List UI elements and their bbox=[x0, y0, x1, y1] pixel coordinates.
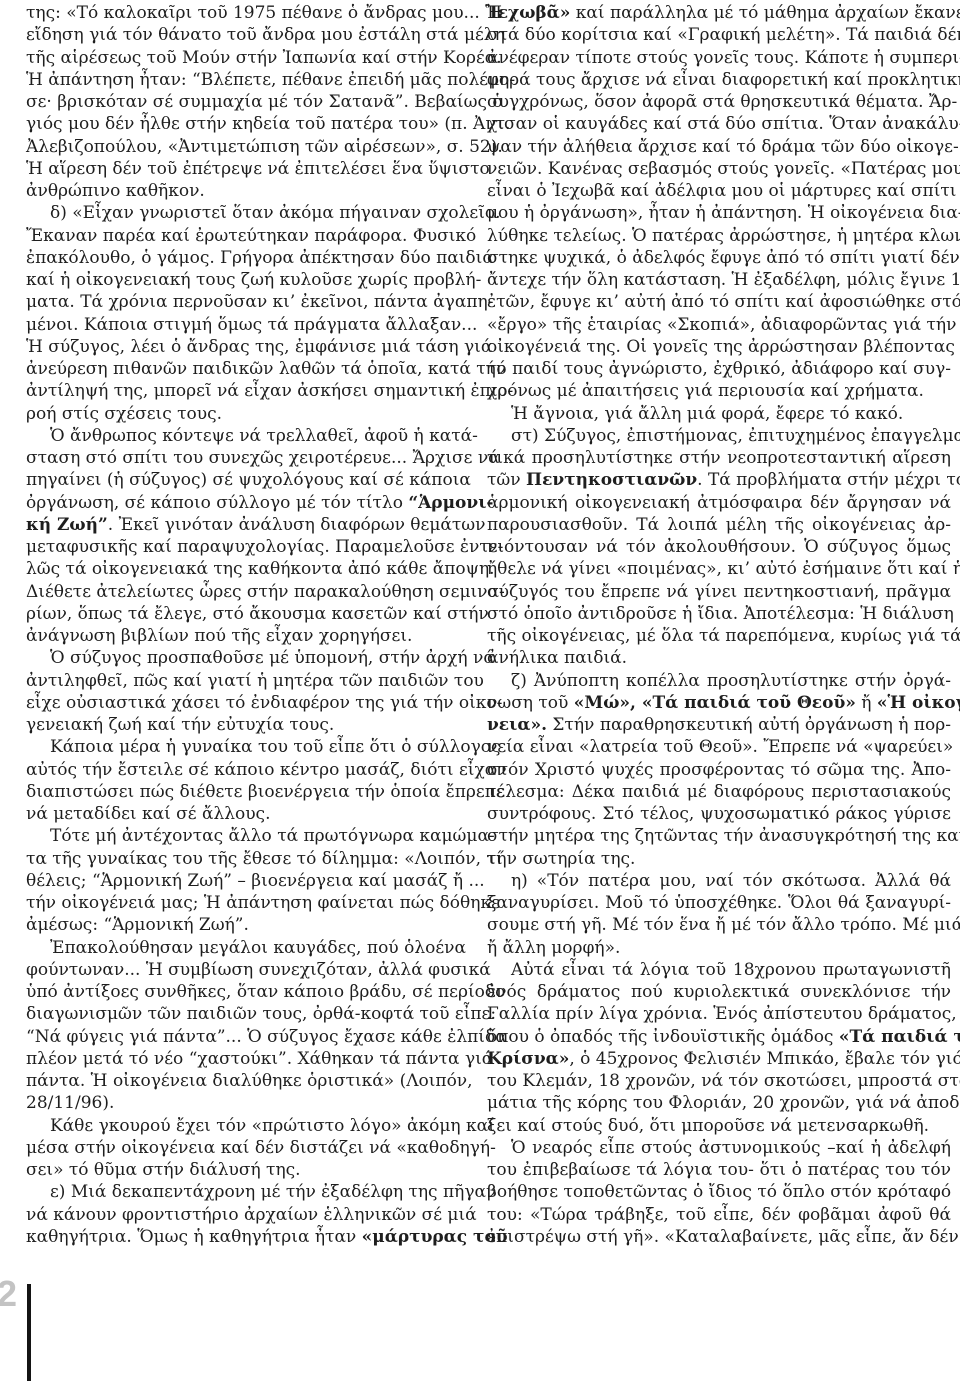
text-segment: ἐπιστρέψω στή γῆ». «Καταλαβαίνετε, μᾶς ε… bbox=[487, 1227, 959, 1247]
text-line: της: «Τό καλοκαῖρι τοῦ 1975 πέθανε ὁ ἄνδ… bbox=[26, 2, 466, 24]
text-line: του Κλεμάν, 18 χρονῶν, νά τόν σκοτώσει, … bbox=[487, 1070, 951, 1092]
text-line: Κάθε γκουρού ἔχει τόν «πρώτιστο λόγο» ἀκ… bbox=[26, 1115, 466, 1137]
text-line: ἄντεχε τήν ὅλη κατάσταση. Ἡ ἐξαδέλφη, μό… bbox=[487, 269, 951, 291]
text-line: Ἡ αἵρεση δέν τοῦ ἐπέτρεψε νά ἐπιτελέσει … bbox=[26, 158, 466, 180]
text-segment: η) «Τόν πατέρα μου, ναί τόν σκότωσα. Ἀλλ… bbox=[511, 871, 951, 891]
text-segment: αὐτός τήν ἔστειλε σέ κάποιο κέντρο μασάζ… bbox=[26, 760, 507, 780]
text-segment: πηγαίνει (ἡ σύζυγος) σέ ψυχολόγους καί σ… bbox=[26, 470, 471, 490]
text-segment: ἀνθρώπινο καθῆκον. bbox=[26, 181, 205, 201]
text-segment: μου ἡ ὀργάνωση», ἦταν ἡ ἀπάντηση. Ἡ οἰκο… bbox=[487, 203, 960, 223]
text-segment: ἤ ἄλλη μορφή». bbox=[487, 938, 620, 958]
text-line: ρίων, ὅπως τά ἔλεγε, στό ἄκουσμα κασετῶν… bbox=[26, 603, 466, 625]
text-line: ὀργάνωση, σέ κάποιο σύλλογο μέ τόν τίτλο… bbox=[26, 492, 466, 514]
text-segment: τήν οἰκογένειά μας; Ἡ ἀπάντηση φαίνεται … bbox=[26, 893, 500, 913]
text-segment: της: «Τό καλοκαῖρι τοῦ 1975 πέθανε ὁ ἄνδ… bbox=[26, 3, 502, 23]
text-segment: νά μεταδίδει καί σέ ἄλλους. bbox=[26, 804, 270, 824]
page-number-rule bbox=[27, 1284, 31, 1381]
text-segment: ψαν τήν ἀλήθεια ἄρχισε καί τό δράμα τῶν … bbox=[487, 137, 959, 157]
text-segment: δ) «Εἶχαν γνωριστεῖ ὅταν ἀκόμα πήγαιναν … bbox=[50, 203, 501, 223]
text-line: “Νά φύγεις γιά πάντα”... Ὁ σύζυγος ἔχασε… bbox=[26, 1026, 466, 1048]
bold-text-segment: «μάρτυρας τοῦ bbox=[362, 1227, 508, 1247]
bold-text-segment: «Μώ», «Τά παιδιά τοῦ Θεοῦ» bbox=[574, 693, 856, 713]
left-column: της: «Τό καλοκαῖρι τοῦ 1975 πέθανε ὁ ἄνδ… bbox=[26, 2, 466, 1248]
text-line: Αὐτά εἶναι τά λόγια τοῦ 18χρονου πρωταγω… bbox=[487, 959, 951, 981]
text-segment: τικά προσηλυτίστηκε στήν νεοπροτεσταντικ… bbox=[487, 448, 951, 468]
text-line: Ἡ ἄγνοια, γιά ἄλλη μιά φορά, ἔφερε τό κα… bbox=[487, 403, 951, 425]
text-line: πλέον μετά τό νέο “χαστούκι”. Χάθηκαν τά… bbox=[26, 1048, 466, 1070]
text-line: δ) «Εἶχαν γνωριστεῖ ὅταν ἀκόμα πήγαιναν … bbox=[26, 202, 466, 224]
text-line: καθηγήτρια. Ὅμως ἡ καθηγήτρια ἦταν «μάρτ… bbox=[26, 1226, 466, 1248]
text-segment: ἑνός δράματος πού κυριολεκτικά συνεκλόνι… bbox=[487, 982, 951, 1002]
text-line: ἐπιστρέψω στή γῆ». «Καταλαβαίνετε, μᾶς ε… bbox=[487, 1226, 951, 1248]
text-line: Κρίσνα», ὁ 45χρονος Φελισιέν Μπικάο, ἔβα… bbox=[487, 1048, 951, 1070]
text-segment: μέσα στήν οἰκογένεια καί δέν διστάζει νά… bbox=[26, 1138, 496, 1158]
text-line: Γαλλία πρίν λίγα χρόνια. Ἑνός ἀπίστευτου… bbox=[487, 1003, 951, 1025]
text-segment: Ἡ ἀπάντηση ἦταν: “Βλέπετε, πέθανε ἐπειδή… bbox=[26, 70, 515, 90]
text-line: ροή στίς σχέσεις τους. bbox=[26, 403, 466, 425]
text-segment: Ἡ αἵρεση δέν τοῦ ἐπέτρεψε νά ἐπιτελέσει … bbox=[26, 159, 490, 179]
text-line: Διέθετε ἀτελείωτες ὧρες στήν παρακαλούθη… bbox=[26, 581, 466, 603]
text-line: του: «Τώρα τράβηξε, τοῦ εἶπε, δέν φοβᾶμα… bbox=[487, 1204, 951, 1226]
text-line: πάντα. Ἡ οἰκογένεια διαλύθηκε ὁριστικά» … bbox=[26, 1070, 466, 1092]
text-line: ἀντιληφθεῖ, πῶς καί γιατί ἡ μητέρα τῶν π… bbox=[26, 670, 466, 692]
text-segment: νωση τοῦ bbox=[487, 693, 574, 713]
text-segment: Κάποια μέρα ἡ γυναίκα του τοῦ εἶπε ὅτι ὁ… bbox=[50, 737, 501, 757]
text-segment: «ἔργο» τῆς ἑταιρίας «Σκοπιά», ἀδιαφορῶντ… bbox=[487, 315, 956, 335]
text-segment: ἀνέφεραν τίποτε στούς γονεῖς τους. Κάποτ… bbox=[487, 48, 960, 68]
text-line: στ) Σύζυγος, ἐπιστήμονας, ἐπιτυχημένος ἐ… bbox=[487, 425, 951, 447]
text-line: του ἐπιβεβαίωσε τά λόγια του- ὅτι ὁ πατέ… bbox=[487, 1159, 951, 1181]
text-line: στόν Χριστό ψυχές προσφέροντας τό σῶμα τ… bbox=[487, 759, 951, 781]
text-line: τα τῆς γυναίκας του τῆς ἔθεσε τό δίλημμα… bbox=[26, 848, 466, 870]
text-line: φορά τους ἄρχισε νά εἶναι διαφορετική κα… bbox=[487, 69, 951, 91]
text-segment: στό ὁποῖο ἀντιδροῦσε ἡ ἴδια. Ἀποτέλεσμα:… bbox=[487, 604, 954, 624]
text-line: Ἡ σύζυγος, λέει ὁ ἄνδρας της, ἐμφάνισε μ… bbox=[26, 336, 466, 358]
text-line: ἀνάγνωση βιβλίων πού τῆς εἶχαν χορηγήσει… bbox=[26, 625, 466, 647]
text-segment: νά κάνουν φροντιστήριο ἀρχαίων ἑλληνικῶν… bbox=[26, 1205, 477, 1225]
text-segment: τήν σωτηρία της. bbox=[487, 849, 635, 869]
text-segment: τῆς οἰκογένειας, μέ ὅλα τά παρεπόμενα, κ… bbox=[487, 626, 960, 646]
text-segment: τῆς αἱρέσεως τοῦ Μούν στήν Ἰαπωνία καί σ… bbox=[26, 48, 502, 68]
bold-text-segment: «Τά παιδιά τοῦ bbox=[839, 1027, 960, 1047]
text-segment: , ὁ 45χρονος Φελισιέν Μπικάο, ἔβαλε τόν … bbox=[569, 1049, 960, 1069]
text-segment: Ἔκαναν παρέα καί ἐρωτεύτηκαν παράφορα. Φ… bbox=[26, 226, 476, 246]
bold-text-segment: “Ἁρμονι- bbox=[408, 493, 493, 513]
text-segment: ἀνήλικα παιδιά. bbox=[487, 648, 627, 668]
text-line: ἤθελε νά γίνει «ποιμένας», κι’ αὐτό ἐσήμ… bbox=[487, 558, 951, 580]
text-line: η) «Τόν πατέρα μου, ναί τόν σκότωσα. Ἀλλ… bbox=[487, 870, 951, 892]
text-line: Ὁ ἄνθρωπος κόντεψε νά τρελλαθεῖ, ἀφοῦ ἡ … bbox=[26, 425, 466, 447]
text-line: νωση τοῦ «Μώ», «Τά παιδιά τοῦ Θεοῦ» ἤ «Ἡ… bbox=[487, 692, 951, 714]
text-segment: στήν μητέρα της ζητῶντας τήν ἀνασυγκρότη… bbox=[487, 826, 960, 846]
text-line: στά δύο κορίτσια καί «Γραφική μελέτη». Τ… bbox=[487, 24, 951, 46]
text-segment: Ἀλεβιζοπούλου, «Ἀντιμετώπιση τῶν αἱρέσεω… bbox=[26, 137, 503, 157]
text-line: Τότε μή ἀντέχοντας ἄλλο τά πρωτόγνωρα κα… bbox=[26, 825, 466, 847]
text-segment: Κάθε γκουρού ἔχει τόν «πρώτιστο λόγο» ἀκ… bbox=[50, 1116, 495, 1136]
text-segment: Ὁ σύζυγος προσπαθοῦσε μέ ὑπομονή, στήν ἀ… bbox=[50, 648, 495, 668]
text-line: σουμε στή γῆ. Μέ τόν ἕνα ἤ μέ τόν ἄλλο τ… bbox=[487, 914, 951, 936]
text-line: αὐτός τήν ἔστειλε σέ κάποιο κέντρο μασάζ… bbox=[26, 759, 466, 781]
text-line: οἰκογένειά της. Οἱ γονεῖς της ἀρρώστησαν… bbox=[487, 336, 951, 358]
text-line: νά μεταδίδει καί σέ ἄλλους. bbox=[26, 803, 466, 825]
text-segment: τέλεσμα: Δέκα παιδιά μέ διαφόρους περιστ… bbox=[487, 782, 951, 802]
text-line: τό παιδί τους ἀγνώριστο, ἐχθρικό, ἀδιάφο… bbox=[487, 358, 951, 380]
text-line: ἀνθρώπινο καθῆκον. bbox=[26, 180, 466, 202]
text-segment: ἀντίληψή της, μπορεῖ νά εἶχαν ἀσκήσει ση… bbox=[26, 381, 513, 401]
text-segment: συγχρόνως, ὅσον ἀφορᾶ στά θρησκευτικά θέ… bbox=[487, 92, 957, 112]
text-segment: τό παιδί τους ἀγνώριστο, ἐχθρικό, ἀδιάφο… bbox=[487, 359, 951, 379]
text-line: σταση στό σπίτι του συνεχῶς χειροτέρευε.… bbox=[26, 447, 466, 469]
text-line: μάτια τῆς κόρης του Φλοριάν, 20 χρονῶν, … bbox=[487, 1092, 951, 1114]
text-line: ξει καί στούς δυό, ὅτι μποροῦσε νά μετεν… bbox=[487, 1115, 951, 1137]
text-line: ἐπακόλουθο, ὁ γάμος. Γρήγορα ἀπέκτησαν δ… bbox=[26, 247, 466, 269]
text-segment: τῶν bbox=[487, 470, 526, 490]
text-segment: σε· βρισκόταν σέ συμμαχία μέ τόν Σατανᾶ”… bbox=[26, 92, 503, 112]
text-line: χρόνως μέ ἀπαιτήσεις γιά περιουσία καί χ… bbox=[487, 380, 951, 402]
text-segment: χρόνως μέ ἀπαιτήσεις γιά περιουσία καί χ… bbox=[487, 381, 924, 401]
text-segment: μένοι. Κάποια στιγμή ὅμως τά πράγματα ἄλ… bbox=[26, 315, 477, 335]
text-segment: στ) Σύζυγος, ἐπιστήμονας, ἐπιτυχημένος ἐ… bbox=[511, 426, 960, 446]
text-line: συγχρόνως, ὅσον ἀφορᾶ στά θρησκευτικά θέ… bbox=[487, 91, 951, 113]
text-segment: “Νά φύγεις γιά πάντα”... Ὁ σύζυγος ἔχασε… bbox=[26, 1027, 507, 1047]
bold-text-segment: νεια». bbox=[487, 715, 547, 735]
text-segment: νειῶν. Κανένας σεβασμός στούς γονεῖς. «Π… bbox=[487, 159, 960, 179]
text-line: μένοι. Κάποια στιγμή ὅμως τά πράγματα ἄλ… bbox=[26, 314, 466, 336]
text-segment: στά δύο κορίτσια καί «Γραφική μελέτη». Τ… bbox=[487, 25, 960, 45]
text-segment: λῶς τά οἰκογενειακά της καθήκοντα ἀπό κά… bbox=[26, 559, 495, 579]
text-line: Ὁ σύζυγος προσπαθοῦσε μέ ὑπομονή, στήν ἀ… bbox=[26, 647, 466, 669]
text-segment: του: «Τώρα τράβηξε, τοῦ εἶπε, δέν φοβᾶμα… bbox=[487, 1205, 951, 1225]
text-line: τήν οἰκογένειά μας; Ἡ ἀπάντηση φαίνεται … bbox=[26, 892, 466, 914]
text-segment: ροή στίς σχέσεις τους. bbox=[26, 404, 222, 424]
text-segment: . Τά προβλήματα στήν μέχρι τότε bbox=[697, 470, 960, 490]
text-line: Ἐπακολούθησαν μεγάλοι καυγάδες, πού ὁλοέ… bbox=[26, 937, 466, 959]
text-line: εἶχε οὐσιαστικά χάσει τό ἐνδιαφέρον της … bbox=[26, 692, 466, 714]
text-segment: παρουσιασθοῦν. Τά λοιπά μέλη τῆς οἰκογέν… bbox=[487, 515, 951, 535]
text-segment: γενειακή ζωή καί τήν εὐτυχία τους. bbox=[26, 715, 334, 735]
text-segment: ἐτῶν, ἔφυγε κι’ αὐτή ἀπό τό σπίτι καί ἀφ… bbox=[487, 292, 960, 312]
text-line: θέλεις; “Ἁρμονική Ζωή” – βιοενέργεια καί… bbox=[26, 870, 466, 892]
text-segment: ἀντιληφθεῖ, πῶς καί γιατί ἡ μητέρα τῶν π… bbox=[26, 671, 484, 691]
text-line: διαπιστώσει πώς διέθετε βιοενέργεια τήν … bbox=[26, 781, 466, 803]
text-segment: καί ἡ οἰκογενειακή τους ζωή κυλοῦσε χωρί… bbox=[26, 270, 481, 290]
text-line: χισαν οἱ καυγάδες καί στά δύο σπίτια. Ὅτ… bbox=[487, 113, 951, 135]
text-line: μου ἡ ὀργάνωση», ἦταν ἡ ἀπάντηση. Ἡ οἰκο… bbox=[487, 202, 951, 224]
bold-text-segment: «Ἡ οἰκογέ- bbox=[877, 693, 960, 713]
text-segment: του Κλεμάν, 18 χρονῶν, νά τόν σκοτώσει, … bbox=[487, 1071, 960, 1091]
text-segment: Ὁ ἄνθρωπος κόντεψε νά τρελλαθεῖ, ἀφοῦ ἡ … bbox=[50, 426, 478, 446]
text-segment: 28/11/96). bbox=[26, 1093, 114, 1113]
text-line: ζ) Ἀνύποπτη κοπέλλα προσηλυτίστηκε στήν … bbox=[487, 670, 951, 692]
text-line: μέσα στήν οἰκογένεια καί δέν διστάζει νά… bbox=[26, 1137, 466, 1159]
text-segment: ἤθελε νά γίνει «ποιμένας», κι’ αὐτό ἐσήμ… bbox=[487, 559, 960, 579]
text-segment: ξαναγυρίσει. Μοῦ τό ὑποσχέθηκε. Ὅλοι θά … bbox=[487, 893, 951, 913]
text-segment: του ἐπιβεβαίωσε τά λόγια του- ὅτι ὁ πατέ… bbox=[487, 1160, 951, 1180]
text-segment: πάντα. Ἡ οἰκογένεια διαλύθηκε ὁριστικά» … bbox=[26, 1071, 473, 1091]
text-line: σει» τό θῦμα στήν διάλυσή της. bbox=[26, 1159, 466, 1181]
text-segment: Τότε μή ἀντέχοντας ἄλλο τά πρωτόγνωρα κα… bbox=[50, 826, 495, 846]
text-line: παρουσιασθοῦν. Τά λοιπά μέλη τῆς οἰκογέν… bbox=[487, 514, 951, 536]
text-line: ἀνήλικα παιδιά. bbox=[487, 647, 951, 669]
text-line: τήν σωτηρία της. bbox=[487, 848, 951, 870]
text-line: τῆς οἰκογένειας, μέ ὅλα τά παρεπόμενα, κ… bbox=[487, 625, 951, 647]
text-line: μεταφυσικῆς καί παραψυχολογίας. Παραμελο… bbox=[26, 536, 466, 558]
text-segment: μεταφυσικῆς καί παραψυχολογίας. Παραμελο… bbox=[26, 537, 503, 557]
text-segment: ρίων, ὅπως τά ἔλεγε, στό ἄκουσμα κασετῶν… bbox=[26, 604, 489, 624]
text-line: ψαν τήν ἀλήθεια ἄρχισε καί τό δράμα τῶν … bbox=[487, 136, 951, 158]
text-line: βοήθησε τοποθετῶντας ὁ ἴδιος τό ὅπλο στό… bbox=[487, 1181, 951, 1203]
text-line: νεια». Στήν παραθρησκευτική αὐτή ὀργάνωσ… bbox=[487, 714, 951, 736]
text-segment: ὀργάνωση, σέ κάποιο σύλλογο μέ τόν τίτλο bbox=[26, 493, 408, 513]
text-segment: οἰκογένειά της. Οἱ γονεῖς της ἀρρώστησαν… bbox=[487, 337, 955, 357]
text-line: Κάποια μέρα ἡ γυναίκα του τοῦ εἶπε ὅτι ὁ… bbox=[26, 736, 466, 758]
text-segment: φούντωναν... Ἡ συμβίωση συνεχιζόταν, ἀλλ… bbox=[26, 960, 491, 980]
text-line: στό ὁποῖο ἀντιδροῦσε ἡ ἴδια. Ἀποτέλεσμα:… bbox=[487, 603, 951, 625]
text-line: 28/11/96). bbox=[26, 1092, 466, 1114]
text-segment: Γαλλία πρίν λίγα χρόνια. Ἑνός ἀπίστευτου… bbox=[487, 1004, 957, 1024]
text-line: τῆς αἱρέσεως τοῦ Μούν στήν Ἰαπωνία καί σ… bbox=[26, 47, 466, 69]
text-line: σε· βρισκόταν σέ συμμαχία μέ τόν Σατανᾶ”… bbox=[26, 91, 466, 113]
text-segment: ὅπου ὁ ὀπαδός τῆς ἰνδουϊστικῆς ὁμάδος bbox=[487, 1027, 839, 1047]
text-segment: Ἡ σύζυγος, λέει ὁ ἄνδρας της, ἐμφάνισε μ… bbox=[26, 337, 492, 357]
bold-text-segment: κή Ζωή” bbox=[26, 515, 108, 535]
text-line: συντρόφους. Στό τέλος, ψυχοσωματικό ράκο… bbox=[487, 803, 951, 825]
text-line: νεία εἶναι «λατρεία τοῦ Θεοῦ». Ἔπρεπε νά… bbox=[487, 736, 951, 758]
text-line: καί ἡ οἰκογενειακή τους ζωή κυλοῦσε χωρί… bbox=[26, 269, 466, 291]
text-segment: Ἐπακολούθησαν μεγάλοι καυγάδες, πού ὁλοέ… bbox=[50, 938, 466, 958]
text-segment: διαπιστώσει πώς διέθετε βιοενέργεια τήν … bbox=[26, 782, 505, 802]
text-segment: ἄντεχε τήν ὅλη κατάσταση. Ἡ ἐξαδέλφη, μό… bbox=[487, 270, 960, 290]
text-segment: εἶχε οὐσιαστικά χάσει τό ἐνδιαφέρον της … bbox=[26, 693, 502, 713]
text-segment: στηκε ψυχικά, ὁ ἀδελφός ἔφυγε ἀπό τό σπί… bbox=[487, 248, 960, 268]
text-line: στήν μητέρα της ζητῶντας τήν ἀνασυγκρότη… bbox=[487, 825, 951, 847]
text-line: Ἔκαναν παρέα καί ἐρωτεύτηκαν παράφορα. Φ… bbox=[26, 225, 466, 247]
text-line: τέλεσμα: Δέκα παιδιά μέ διαφόρους περιστ… bbox=[487, 781, 951, 803]
text-line: Ἡ ἀπάντηση ἦταν: “Βλέπετε, πέθανε ἐπειδή… bbox=[26, 69, 466, 91]
text-segment: ἀνάγνωση βιβλίων πού τῆς εἶχαν χορηγήσει… bbox=[26, 626, 412, 646]
text-segment: ἤ bbox=[856, 693, 877, 713]
bold-text-segment: Ἰεχωβᾶ» bbox=[487, 3, 570, 23]
text-segment: σει» τό θῦμα στήν διάλυσή της. bbox=[26, 1160, 301, 1180]
text-segment: Ὁ νεαρός εἶπε στούς ἀστυνομικούς –καί ἡ … bbox=[511, 1138, 951, 1158]
text-line: σύζυγός του ἔπρεπε νά γίνει πεντηκοστιαν… bbox=[487, 581, 951, 603]
text-segment: νεία εἶναι «λατρεία τοῦ Θεοῦ». Ἔπρεπε νά… bbox=[487, 737, 953, 757]
text-line: ἀντίληψή της, μπορεῖ νά εἶχαν ἀσκήσει ση… bbox=[26, 380, 466, 402]
text-segment: Αὐτά εἶναι τά λόγια τοῦ 18χρονου πρωταγω… bbox=[511, 960, 951, 980]
text-line: γενειακή ζωή καί τήν εὐτυχία τους. bbox=[26, 714, 466, 736]
text-line: εἴδηση γιά τόν θάνατο τοῦ ἄνδρα μου ἐστά… bbox=[26, 24, 466, 46]
text-segment: μάτια τῆς κόρης του Φλοριάν, 20 χρονῶν, … bbox=[487, 1093, 960, 1113]
text-line: εἶναι ὁ Ἰεχωβᾶ καί ἀδέλφια μου οἱ μάρτυρ… bbox=[487, 180, 951, 202]
text-segment: ἀμέσως: “Ἁρμονική Ζωή”. bbox=[26, 915, 249, 935]
text-segment: νιόντουσαν νά τόν ἀκολουθήσουν. Ὁ σύζυγο… bbox=[487, 537, 951, 557]
text-segment: σουμε στή γῆ. Μέ τόν ἕνα ἤ μέ τόν ἄλλο τ… bbox=[487, 915, 960, 935]
text-segment: ὑπό ἀντίξοες συνθῆκες, ὅταν κάποιο βράδυ… bbox=[26, 982, 505, 1002]
text-segment: ξει καί στούς δυό, ὅτι μποροῦσε νά μετεν… bbox=[487, 1116, 929, 1136]
text-line: ξαναγυρίσει. Μοῦ τό ὑποσχέθηκε. Ὅλοι θά … bbox=[487, 892, 951, 914]
text-segment: ἐπακόλουθο, ὁ γάμος. Γρήγορα ἀπέκτησαν δ… bbox=[26, 248, 494, 268]
text-segment: εἴδηση γιά τόν θάνατο τοῦ ἄνδρα μου ἐστά… bbox=[26, 25, 505, 45]
text-segment: σύζυγός του ἔπρεπε νά γίνει πεντηκοστιαν… bbox=[487, 582, 951, 602]
text-line: γιός μου δέν ἦλθε στήν κηδεία τοῦ πατέρα… bbox=[26, 113, 466, 135]
text-line: ε) Μιά δεκαπεντάχρονη μέ τήν ἐξαδέλφη τη… bbox=[26, 1181, 466, 1203]
page-number: 2 bbox=[0, 1276, 17, 1312]
text-line: ἑνός δράματος πού κυριολεκτικά συνεκλόνι… bbox=[487, 981, 951, 1003]
text-line: ἤ ἄλλη μορφή». bbox=[487, 937, 951, 959]
text-line: ἀνέφεραν τίποτε στούς γονεῖς τους. Κάποτ… bbox=[487, 47, 951, 69]
right-column: Ἰεχωβᾶ» καί παράλληλα μέ τό μάθημα ἀρχαί… bbox=[487, 2, 951, 1248]
text-line: διαγωνισμῶν τῶν παιδιῶν τους, ὀρθά-κοφτά… bbox=[26, 1003, 466, 1025]
text-line: κή Ζωή”. Ἐκεῖ γινόταν ἀνάλυση διαφόρων θ… bbox=[26, 514, 466, 536]
text-segment: λύθηκε τελείως. Ὁ πατέρας ἀρρώστησε, ἡ μ… bbox=[487, 226, 960, 246]
text-line: νιόντουσαν νά τόν ἀκολουθήσουν. Ὁ σύζυγο… bbox=[487, 536, 951, 558]
text-line: τικά προσηλυτίστηκε στήν νεοπροτεσταντικ… bbox=[487, 447, 951, 469]
text-segment: Ἡ ἄγνοια, γιά ἄλλη μιά φορά, ἔφερε τό κα… bbox=[511, 404, 903, 424]
bold-text-segment: Κρίσνα» bbox=[487, 1049, 569, 1069]
text-segment: πλέον μετά τό νέο “χαστούκι”. Χάθηκαν τά… bbox=[26, 1049, 493, 1069]
text-segment: καί παράλληλα μέ τό μάθημα ἀρχαίων ἔκανε bbox=[570, 3, 960, 23]
text-segment: εἶναι ὁ Ἰεχωβᾶ καί ἀδέλφια μου οἱ μάρτυρ… bbox=[487, 181, 956, 201]
text-segment: Στήν παραθρησκευτική αὐτή ὀργάνωση ἡ πορ… bbox=[547, 715, 951, 735]
text-segment: διαγωνισμῶν τῶν παιδιῶν τους, ὀρθά-κοφτά… bbox=[26, 1004, 496, 1024]
text-segment: στόν Χριστό ψυχές προσφέροντας τό σῶμα τ… bbox=[487, 760, 951, 780]
text-line: ἀμέσως: “Ἁρμονική Ζωή”. bbox=[26, 914, 466, 936]
text-line: Ἀλεβιζοπούλου, «Ἀντιμετώπιση τῶν αἱρέσεω… bbox=[26, 136, 466, 158]
text-line: ἐτῶν, ἔφυγε κι’ αὐτή ἀπό τό σπίτι καί ἀφ… bbox=[487, 291, 951, 313]
text-line: ὅπου ὁ ὀπαδός τῆς ἰνδουϊστικῆς ὁμάδος «Τ… bbox=[487, 1026, 951, 1048]
text-line: πηγαίνει (ἡ σύζυγος) σέ ψυχολόγους καί σ… bbox=[26, 469, 466, 491]
text-line: λῶς τά οἰκογενειακά της καθήκοντα ἀπό κά… bbox=[26, 558, 466, 580]
text-line: ἀνεύρεση πιθανῶν παιδικῶν λαθῶν τά ὁποῖα… bbox=[26, 358, 466, 380]
text-line: λύθηκε τελείως. Ὁ πατέρας ἀρρώστησε, ἡ μ… bbox=[487, 225, 951, 247]
text-segment: σταση στό σπίτι του συνεχῶς χειροτέρευε.… bbox=[26, 448, 500, 468]
text-segment: Διέθετε ἀτελείωτες ὧρες στήν παρακαλούθη… bbox=[26, 582, 505, 602]
text-segment: τα τῆς γυναίκας του τῆς ἔθεσε τό δίλημμα… bbox=[26, 849, 503, 869]
text-segment: καθηγήτρια. Ὅμως ἡ καθηγήτρια ἦταν bbox=[26, 1227, 362, 1247]
text-segment: χισαν οἱ καυγάδες καί στά δύο σπίτια. Ὅτ… bbox=[487, 114, 960, 134]
text-line: τῶν Πεντηκοστιανῶν. Τά προβλήματα στήν μ… bbox=[487, 469, 951, 491]
text-line: φούντωναν... Ἡ συμβίωση συνεχιζόταν, ἀλλ… bbox=[26, 959, 466, 981]
text-segment: ε) Μιά δεκαπεντάχρονη μέ τήν ἐξαδέλφη τη… bbox=[50, 1182, 496, 1202]
text-line: στηκε ψυχικά, ὁ ἀδελφός ἔφυγε ἀπό τό σπί… bbox=[487, 247, 951, 269]
text-segment: ἀνεύρεση πιθανῶν παιδικῶν λαθῶν τά ὁποῖα… bbox=[26, 359, 506, 379]
text-segment: συντρόφους. Στό τέλος, ψυχοσωματικό ράκο… bbox=[487, 804, 951, 824]
text-line: Ἰεχωβᾶ» καί παράλληλα μέ τό μάθημα ἀρχαί… bbox=[487, 2, 951, 24]
text-segment: ματα. Τά χρόνια περνοῦσαν κι’ ἐκεῖνοι, π… bbox=[26, 292, 493, 312]
text-line: νειῶν. Κανένας σεβασμός στούς γονεῖς. «Π… bbox=[487, 158, 951, 180]
text-line: ματα. Τά χρόνια περνοῦσαν κι’ ἐκεῖνοι, π… bbox=[26, 291, 466, 313]
text-segment: φορά τους ἄρχισε νά εἶναι διαφορετική κα… bbox=[487, 70, 960, 90]
text-segment: ζ) Ἀνύποπτη κοπέλλα προσηλυτίστηκε στήν … bbox=[511, 671, 951, 691]
text-segment: θέλεις; “Ἁρμονική Ζωή” – βιοενέργεια καί… bbox=[26, 871, 485, 891]
text-line: Ὁ νεαρός εἶπε στούς ἀστυνομικούς –καί ἡ … bbox=[487, 1137, 951, 1159]
text-line: ὑπό ἀντίξοες συνθῆκες, ὅταν κάποιο βράδυ… bbox=[26, 981, 466, 1003]
text-segment: γιός μου δέν ἦλθε στήν κηδεία τοῦ πατέρα… bbox=[26, 114, 510, 134]
text-line: νά κάνουν φροντιστήριο ἀρχαίων ἑλληνικῶν… bbox=[26, 1204, 466, 1226]
bold-text-segment: Πεντηκοστιανῶν bbox=[526, 470, 697, 490]
text-segment: ἁρμονική οἰκογενειακή ἀτμόσφαιρα δέν ἄργ… bbox=[487, 493, 951, 513]
text-line: ἁρμονική οἰκογενειακή ἀτμόσφαιρα δέν ἄργ… bbox=[487, 492, 951, 514]
text-line: «ἔργο» τῆς ἑταιρίας «Σκοπιά», ἀδιαφορῶντ… bbox=[487, 314, 951, 336]
text-segment: βοήθησε τοποθετῶντας ὁ ἴδιος τό ὅπλο στό… bbox=[487, 1182, 951, 1202]
text-segment: . Ἐκεῖ γινόταν ἀνάλυση διαφόρων θεμάτων bbox=[108, 515, 486, 535]
